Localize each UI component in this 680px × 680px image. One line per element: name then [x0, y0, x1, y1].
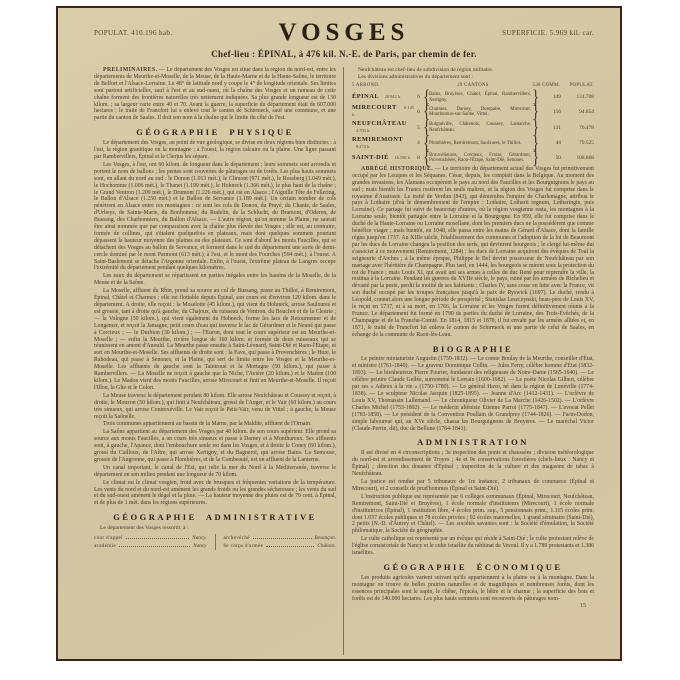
- cantons-count: 5: [414, 125, 423, 132]
- cantons-list: Plombières, Remiremont, Saulxures, le Th…: [428, 141, 532, 147]
- arrondissement-note: 9.274 h.: [352, 144, 370, 149]
- historique-paragraph: ABRÉGÉ HISTORIQUE. — Le territoire du dé…: [352, 166, 594, 339]
- two-column-body: PRÉLIMINAIRES. — Le département des Vosg…: [94, 67, 594, 655]
- divisions-intro-line: Les divisions administratives du départe…: [352, 74, 594, 81]
- physique-paragraph: La Meuse traverse le département pendant…: [94, 393, 336, 421]
- chef-lieu-line: Chef-lieu : ÉPINAL, à 476 kil. N.-E. de …: [94, 49, 594, 64]
- ressort-value: Châlons.: [317, 542, 336, 550]
- administration-paragraph: L'instruction publique est représentée p…: [352, 494, 594, 535]
- closing-brace: }: [532, 152, 537, 166]
- superficie-label: SUPERFICIE. 5.969 kil. car.: [444, 29, 594, 37]
- preliminaires-paragraph: PRÉLIMINAIRES. — Le département des Vosg…: [94, 67, 336, 122]
- dotted-leader: [266, 546, 314, 547]
- page-number: 15: [352, 603, 594, 610]
- left-column: PRÉLIMINAIRES. — Le département des Vosg…: [94, 67, 343, 655]
- table-row: NEUFCHÂTEAU 4.703 h. 5 { Bulgnéville, Ch…: [352, 121, 594, 135]
- arrondissement-name: SAINT-DIÉ: [352, 154, 389, 161]
- cantons-list: Brouvelieures, Corcieux, Fraize, Gérardm…: [428, 153, 532, 164]
- ressort-row: 6e corps d'armée Châlons.: [224, 542, 337, 550]
- communes-count: 156: [537, 109, 561, 116]
- population-count: 94.854: [561, 109, 594, 116]
- physique-paragraph: Les Vosges, à l'est, ont 60 kilom. de lo…: [94, 162, 336, 273]
- ressort-label: archevêché: [224, 534, 250, 542]
- section-heading-geographie-economique: GÉOGRAPHIE ÉCONOMIQUE: [352, 564, 594, 571]
- table-row: MIRECOURT 6.145 h. 6 { Charmes, Darney, …: [352, 105, 594, 119]
- administration-paragraph: Il est divisé en 4 circonscriptions ; 3e…: [352, 450, 594, 478]
- arrondissement-note: 16.190 h.: [390, 155, 410, 160]
- communes-count: 50: [537, 155, 561, 162]
- communes-count: 44: [537, 140, 561, 147]
- administrative-intro: Le département des Vosges ressortit, à :: [94, 525, 336, 532]
- ressort-label: 6e corps d'armée: [224, 542, 264, 550]
- arrondissement-note: 20.942 h.: [381, 94, 401, 99]
- ressort-left-half: cour d'appel Nancy. académie Nancy: [94, 534, 215, 550]
- header-cantons: 29 CANTONS: [414, 83, 532, 90]
- header-population: POPULAT.: [560, 83, 594, 90]
- population-count: 131.708: [561, 94, 594, 101]
- table-row: REMIREMONT 9.274 h. 4 { Plombières, Remi…: [352, 137, 594, 151]
- dotted-leader: [119, 546, 190, 547]
- administration-paragraph: La justice est rendue par 5 tribunaux de…: [352, 479, 594, 493]
- communes-count: 149: [537, 94, 561, 101]
- biographie-paragraph: Le peintre miniaturiste Augustin (1759-1…: [352, 356, 594, 432]
- military-subdivision-line: Neufchâteau est chef-lieu de subdivision…: [352, 67, 594, 74]
- opening-brace: {: [423, 152, 428, 166]
- physique-paragraph: Un canal important, le canal de l'Est, q…: [94, 465, 336, 479]
- table-row: ÉPINAL 20.942 h. 6 { Bains, Bruyères, Ch…: [352, 92, 594, 103]
- masthead: POPULAT. 410.196 hab. VOSGES SUPERFICIE.…: [94, 17, 594, 49]
- scanned-document-page: POPULAT. 410.196 hab. VOSGES SUPERFICIE.…: [56, 6, 622, 661]
- communes-count: 131: [537, 125, 561, 132]
- right-column: Neufchâteau est chef-lieu de subdivision…: [343, 67, 594, 655]
- ressort-table: cour d'appel Nancy. académie Nancy arche…: [94, 534, 336, 550]
- administration-paragraph: Le culte catholique est représenté par u…: [352, 536, 594, 557]
- cantons-count: 8: [414, 155, 423, 162]
- arrondissement-name: NEUFCHÂTEAU: [352, 120, 407, 127]
- arrondissement-name: MIRECOURT: [352, 104, 397, 111]
- population-count: 79.525: [561, 140, 594, 147]
- arrondissement-cell: REMIREMONT 9.274 h.: [352, 137, 414, 151]
- arrondissement-cell: NEUFCHÂTEAU 4.703 h.: [352, 121, 414, 135]
- arrondissement-cell: ÉPINAL 20.942 h.: [352, 94, 414, 101]
- physique-paragraph: Le département des Vosges, au point de v…: [94, 140, 336, 161]
- population-count: 76.478: [561, 125, 594, 132]
- physique-paragraph: Trois communes appartiennent au bassin d…: [94, 421, 336, 428]
- page-title: VOSGES: [244, 19, 444, 47]
- section-heading-administration: ADMINISTRATION: [352, 439, 594, 446]
- cantons-count: 6: [414, 109, 423, 116]
- population-count: 108.868: [561, 155, 594, 162]
- arrondissement-cell: MIRECOURT 6.145 h.: [352, 105, 414, 119]
- ressort-row: académie Nancy: [94, 542, 207, 550]
- cantons-count: 4: [414, 140, 423, 147]
- cantons-list: Charmes, Darney, Dompaire, Mirecourt, Mo…: [428, 107, 532, 118]
- cantons-list: Bulgnéville, Châtenois, Coussey, Lamarch…: [428, 122, 532, 133]
- ressort-row: cour d'appel Nancy.: [94, 534, 207, 542]
- arrondissements-table: 5 ARROND. 29 CANTONS 530 COMM. POPULAT. …: [352, 83, 594, 164]
- economique-paragraph: Les produits agricoles varient suivant q…: [352, 575, 594, 603]
- arrondissement-name: REMIREMONT: [352, 136, 403, 143]
- ressort-value: Nancy: [193, 542, 206, 550]
- section-heading-geographie-physique: GÉOGRAPHIE PHYSIQUE: [94, 129, 336, 136]
- preliminaires-text: — Le département des Vosges est situé da…: [94, 67, 336, 121]
- population-label: POPULAT. 410.196 hab.: [94, 29, 244, 37]
- arrondissement-name: ÉPINAL: [352, 93, 379, 100]
- physique-paragraph: Le climat est le climat vosgien, froid a…: [94, 480, 336, 508]
- ressort-value: Besançon.: [315, 534, 336, 542]
- dotted-leader: [253, 538, 312, 539]
- ressort-label: cour d'appel: [94, 534, 123, 542]
- physique-paragraph: La Saône appartient au département des V…: [94, 429, 336, 464]
- ressort-right-half: archevêché Besançon. 6e corps d'armée Ch…: [215, 534, 337, 550]
- header-arrondissements: 5 ARROND.: [352, 83, 414, 90]
- physique-paragraph: Les eaux du département se répartissent …: [94, 273, 336, 287]
- physique-paragraph: La Moselle, affluent du Rhin, prend sa s…: [94, 288, 336, 392]
- dotted-leader: [126, 538, 189, 539]
- cantons-list: Bains, Bruyères, Châtel, Épinal, Ramberv…: [428, 92, 532, 103]
- section-heading-geographie-administrative: GÉOGRAPHIE ADMINISTRATIVE: [94, 514, 336, 521]
- arrondissements-table-header: 5 ARROND. 29 CANTONS 530 COMM. POPULAT.: [352, 83, 594, 90]
- ressort-label: académie: [94, 542, 116, 550]
- preliminaires-lead: PRÉLIMINAIRES.: [103, 67, 157, 73]
- cantons-count: 6: [414, 94, 423, 101]
- arrondissement-note: 4.703 h.: [352, 128, 370, 133]
- arrondissement-cell: SAINT-DIÉ 16.190 h.: [352, 155, 414, 162]
- ressort-row: archevêché Besançon.: [224, 534, 337, 542]
- table-row: SAINT-DIÉ 16.190 h. 8 { Brouvelieures, C…: [352, 153, 594, 164]
- section-heading-biographie: BIOGRAPHIE: [352, 346, 594, 353]
- ressort-value: Nancy.: [192, 534, 206, 542]
- historique-text: — Le territoire du département actuel de…: [352, 166, 594, 338]
